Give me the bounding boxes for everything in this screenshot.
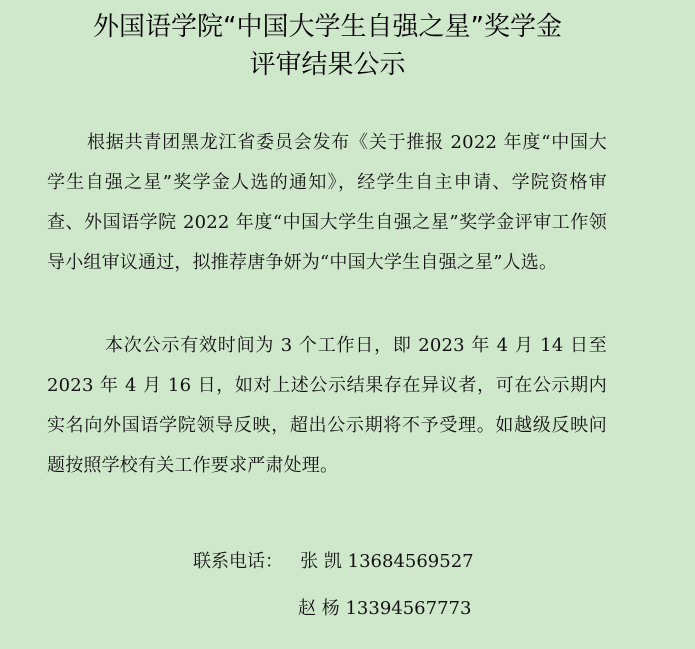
notice-title-line2: 评审结果公示 <box>0 46 655 84</box>
notice-title-line1: 外国语学院“中国大学生自强之星”奖学金 <box>0 8 655 46</box>
paragraph-publicity-period: 本次公示有效时间为 3 个工作日，即 2023 年 4 月 14 日至2023 … <box>47 326 607 486</box>
contact-name: 赵 杨 <box>298 598 340 619</box>
paragraph-nomination: 根据共青团黑龙江省委员会发布《关于推报 2022 年度“中国大学生自强之星”奖学… <box>47 123 607 283</box>
contact-name: 张 凯 <box>300 551 342 572</box>
contact-label: 联系电话： <box>193 551 283 572</box>
contact-line-1: 联系电话： 张 凯 13684569527 <box>193 550 474 574</box>
contact-phone: 13684569527 <box>348 551 474 572</box>
contact-line-2: 赵 杨 13394567773 <box>298 597 471 621</box>
contact-phone: 13394567773 <box>345 598 471 619</box>
